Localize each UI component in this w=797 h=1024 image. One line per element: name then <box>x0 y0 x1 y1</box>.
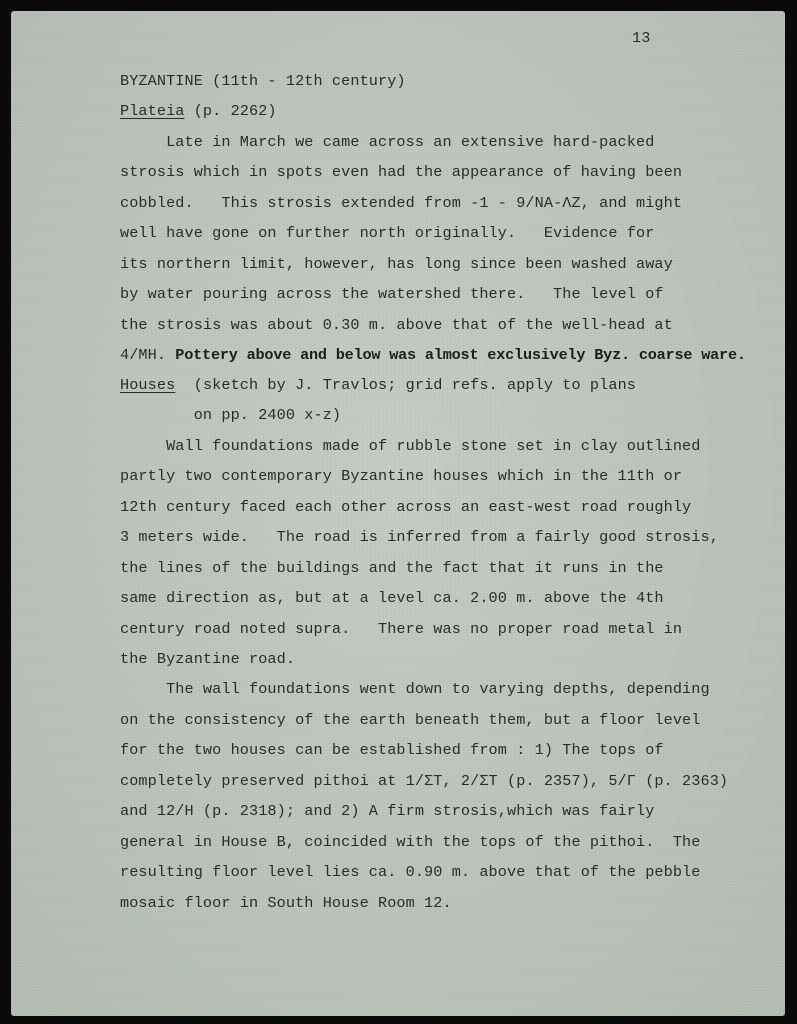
text-line: the Byzantine road. <box>120 650 295 668</box>
text-line: resulting floor level lies ca. 0.90 m. a… <box>120 863 700 881</box>
text-line: Late in March we came across an extensiv… <box>120 133 654 151</box>
text-line: century road noted supra. There was no p… <box>120 620 682 638</box>
section-heading: BYZANTINE (11th - 12th century) <box>120 72 406 90</box>
text-line: Wall foundations made of rubble stone se… <box>120 437 700 455</box>
text-line: for the two houses can be established fr… <box>120 741 664 759</box>
subheading-note-cont: on pp. 2400 x-z) <box>120 406 341 424</box>
text-line: the strosis was about 0.30 m. above that… <box>120 316 673 334</box>
subheading-houses: Houses (sketch by J. Travlos; grid refs.… <box>120 376 636 394</box>
text-line: by water pouring across the watershed th… <box>120 285 664 303</box>
text-line: 12th century faced each other across an … <box>120 498 691 516</box>
subheading-note: (sketch by J. Travlos; grid refs. apply … <box>175 376 636 394</box>
text-line: mosaic floor in South House Room 12. <box>120 894 452 912</box>
text-line: strosis which in spots even had the appe… <box>120 163 682 181</box>
text-line: on the consistency of the earth beneath … <box>120 711 700 729</box>
text-line: same direction as, but at a level ca. 2.… <box>120 589 664 607</box>
text-line: and 12/H (p. 2318); and 2) A firm strosi… <box>120 802 654 820</box>
subheading-plateia: Plateia (p. 2262) <box>120 102 277 120</box>
subheading-ref: (p. 2262) <box>185 102 277 120</box>
text-line: its northern limit, however, has long si… <box>120 255 673 273</box>
text-line: general in House B, coincided with the t… <box>120 833 700 851</box>
text-line: the lines of the buildings and the fact … <box>120 559 664 577</box>
text-line: partly two contemporary Byzantine houses… <box>120 467 682 485</box>
pottery-note: Pottery above and below was almost exclu… <box>175 346 746 364</box>
subheading-title: Houses <box>120 376 175 394</box>
text-line: The wall foundations went down to varyin… <box>120 680 710 698</box>
text-line: completely preserved pithoi at 1/ΣT, 2/Σ… <box>120 772 728 790</box>
text-line: well have gone on further north original… <box>120 224 654 242</box>
page-number: 13 <box>632 29 650 47</box>
text-line-pottery: 4/MH. Pottery above and below was almost… <box>120 346 746 364</box>
text-line: cobbled. This strosis extended from -1 -… <box>120 194 682 212</box>
text-line: 3 meters wide. The road is inferred from… <box>120 528 719 546</box>
grid-ref: 4/MH. <box>120 346 175 364</box>
subheading-title: Plateia <box>120 102 185 120</box>
